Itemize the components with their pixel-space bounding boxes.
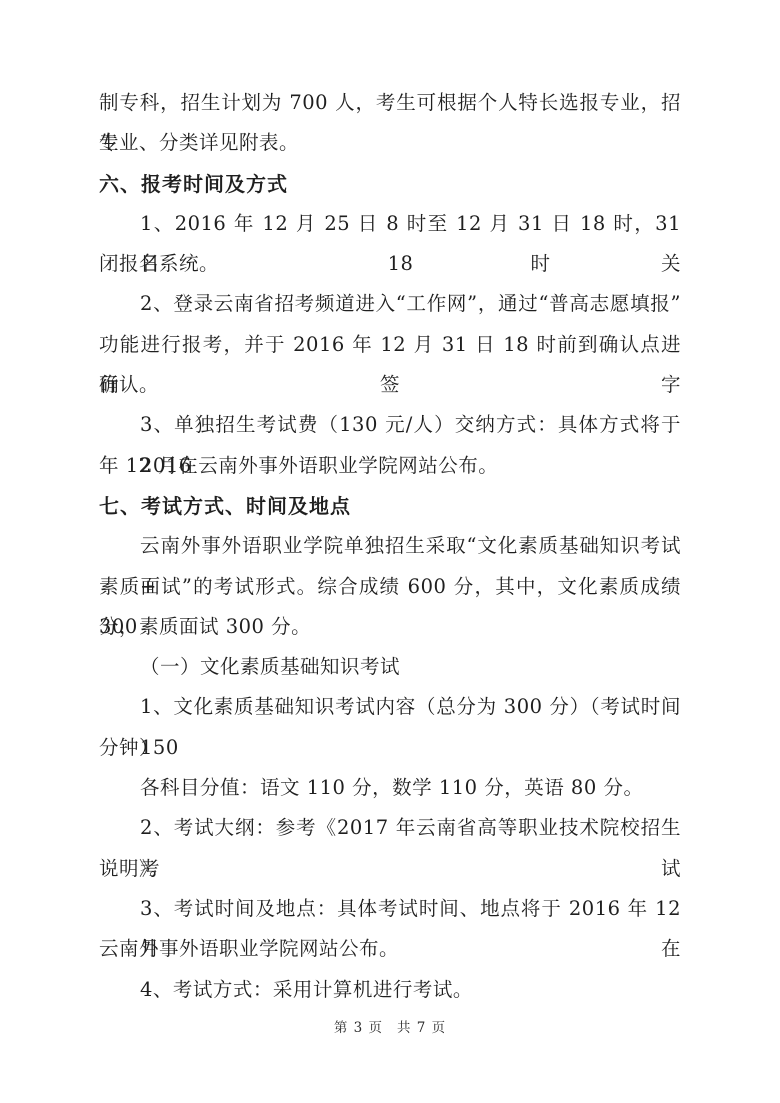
paragraph-line: 制专科，招生计划为 700 人，考生可根据个人特长选报专业，招生 (99, 83, 681, 123)
paragraph-line: 2、考试大纲：参考《2017 年云南省高等职业技术院校招生考试 (99, 808, 681, 848)
paragraph-line: 1、2016 年 12 月 25 日 8 时至 12 月 31 日 18 时，3… (99, 204, 681, 244)
paragraph-line: 素质面试”的考试形式。综合成绩 600 分，其中，文化素质成绩 300 (99, 567, 681, 607)
paragraph-line: 功能进行报考，并于 2016 年 12 月 31 日 18 时前到确认点进行签字 (99, 325, 681, 365)
document-page: 制专科，招生计划为 700 人，考生可根据个人特长选报专业，招生 专业、分类详见… (0, 0, 780, 1103)
document-body: 制专科，招生计划为 700 人，考生可根据个人特长选报专业，招生 专业、分类详见… (99, 83, 681, 1010)
paragraph-line: 分钟） (99, 728, 681, 768)
footer-page-number: 第 3 页 (334, 1020, 383, 1036)
paragraph-line: 年 12 月在云南外事外语职业学院网站公布。 (99, 446, 681, 486)
paragraph-line: 分，素质面试 300 分。 (99, 607, 681, 647)
paragraph-line: 各科目分值：语文 110 分，数学 110 分，英语 80 分。 (99, 768, 681, 808)
paragraph-line: 3、单独招生考试费（130 元/人）交纳方式：具体方式将于 2016 (99, 405, 681, 445)
paragraph-line: 云南外事外语职业学院单独招生采取“文化素质基础知识考试+ (99, 526, 681, 566)
page-footer: 第 3 页共 7 页 (0, 1016, 780, 1036)
paragraph-line: 2、登录云南省招考频道进入“工作网”，通过“普高志愿填报” (99, 284, 681, 324)
section-heading-six: 六、报考时间及方式 (99, 164, 681, 204)
section-heading-seven: 七、考试方式、时间及地点 (99, 486, 681, 526)
subsection-heading: （一）文化素质基础知识考试 (99, 647, 681, 687)
paragraph-line: 4、考试方式：采用计算机进行考试。 (99, 970, 681, 1010)
paragraph-line: 专业、分类详见附表。 (99, 123, 681, 163)
paragraph-line: 1、文化素质基础知识考试内容（总分为 300 分）（考试时间 150 (99, 687, 681, 727)
footer-total-pages: 共 7 页 (397, 1020, 446, 1036)
paragraph-line: 3、考试时间及地点：具体考试时间、地点将于 2016 年 12 月在 (99, 889, 681, 929)
